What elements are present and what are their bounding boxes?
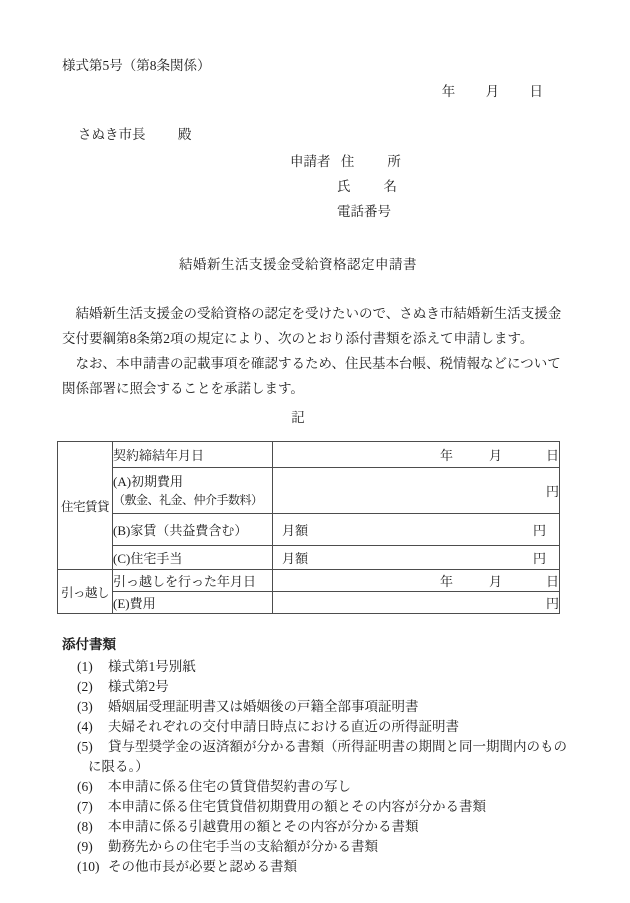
addressee-line: さぬき市長 殿 (78, 125, 630, 145)
initial-cost-label-line2: （敷金、礼金、仲介手数料） (113, 491, 272, 510)
moving-date-label: 引っ越しを行った年月日 (113, 570, 273, 592)
body-paragraph-1-line-2: 交付要綱第8条第2項の規定により、次のとおり添付書類を添えて申請します。 (62, 326, 630, 351)
initial-cost-label: (A)初期費用 （敷金、礼金、仲介手数料） (113, 468, 273, 514)
attachment-number: (5) (77, 737, 108, 757)
form-number: 様式第5号（第8条関係） (62, 56, 630, 76)
attachment-item: (5)貸与型奨学金の返済額が分かる書類（所得証明書の期間と同一期間内のもの に限… (62, 737, 630, 777)
expense-table: 住宅賃貸 契約締結年月日 年月日 (A)初期費用 （敷金、礼金、仲介手数料） 円… (57, 441, 560, 614)
table-row: (B)家賃（共益費含む） 月額 円 (58, 514, 560, 546)
attachment-item: (1)様式第1号別紙 (62, 657, 630, 677)
yen-unit: 円 (533, 520, 546, 539)
attachment-number: (3) (77, 697, 108, 717)
attachment-item: (8)本申請に係る引越費用の額とその内容が分かる書類 (62, 817, 630, 837)
table-row: 引っ越し 引っ越しを行った年月日 年月日 (58, 570, 560, 592)
month-unit: 月 (489, 574, 502, 589)
attachment-number: (7) (77, 797, 108, 817)
monthly-label: 月額 (282, 520, 308, 539)
attachment-text: 本申請に係る引越費用の額とその内容が分かる書類 (108, 819, 419, 834)
attachment-number: (4) (77, 717, 108, 737)
month-unit: 月 (489, 448, 502, 463)
attachment-number: (8) (77, 817, 108, 837)
phone-field-label: 電話番号 (337, 204, 391, 219)
attachment-text: 様式第2号 (108, 679, 169, 694)
body-paragraph-2-line-1: なお、本申請書の記載事項を確認するため、住民基本台帳、税情報などについて (62, 351, 630, 376)
table-row: (E)費用 円 (58, 592, 560, 614)
attachment-text: 貸与型奨学金の返済額が分かる書類（所得証明書の期間と同一期間内のもの (108, 739, 567, 754)
applicant-block: 申請者 住所 氏名 電話番号 (290, 149, 630, 224)
attachment-number: (10) (77, 857, 108, 877)
moving-cost-label: (E)費用 (113, 592, 273, 614)
attachment-text: 勤務先からの住宅手当の支給額が分かる書類 (108, 839, 378, 854)
initial-cost-input-cell[interactable]: 円 (273, 468, 560, 514)
attachment-number: (9) (77, 837, 108, 857)
address-char-left: 住 (341, 154, 355, 169)
housing-allowance-label: (C)住宅手当 (113, 546, 273, 570)
day-unit: 日 (546, 448, 559, 463)
application-form-page: 様式第5号（第8条関係） 年 月 日 さぬき市長 殿 申請者 住所 氏名 電話番… (0, 0, 630, 903)
attachment-item: (4)夫婦それぞれの交付申請日時点における直近の所得証明書 (62, 717, 630, 737)
attachment-number: (6) (77, 777, 108, 797)
table-row: 住宅賃貸 契約締結年月日 年月日 (58, 442, 560, 468)
housing-allowance-input-cell[interactable]: 月額 円 (273, 546, 560, 570)
applicant-label: 申請者 (290, 154, 331, 169)
applicant-name-row: 氏名 (337, 174, 630, 199)
document-title: 結婚新生活支援金受給資格認定申請書 (0, 255, 630, 275)
year-unit: 年 (440, 448, 453, 463)
day-unit: 日 (546, 574, 559, 589)
rent-label: (B)家賃（共益費含む） (113, 514, 273, 546)
contract-date-label: 契約締結年月日 (113, 442, 273, 468)
attachment-text: 婚姻届受理証明書又は婚姻後の戸籍全部事項証明書 (108, 699, 419, 714)
attachment-number: (2) (77, 677, 108, 697)
month-label: 月 (486, 84, 500, 99)
address-field-label: 住所 (341, 154, 401, 169)
day-label: 日 (530, 84, 544, 99)
applicant-phone-row: 電話番号 (337, 199, 630, 224)
moving-cost-input-cell[interactable]: 円 (273, 592, 560, 614)
body-paragraph-1-line-1: 結婚新生活支援金の受給資格の認定を受けたいので、さぬき市結婚新生活支援金 (62, 301, 630, 326)
name-char-left: 氏 (337, 179, 351, 194)
attachment-text: 夫婦それぞれの交付申請日時点における直近の所得証明書 (108, 719, 459, 734)
attachment-number: (1) (77, 657, 108, 677)
honorific-label: 殿 (178, 127, 192, 142)
yen-unit: 円 (533, 548, 546, 567)
attachment-item: (7)本申請に係る住宅賃貸借初期費用の額とその内容が分かる書類 (62, 797, 630, 817)
moving-date-input-cell[interactable]: 年月日 (273, 570, 560, 592)
table-row: (C)住宅手当 月額 円 (58, 546, 560, 570)
attachment-text: 本申請に係る住宅の賃貸借契約書の写し (108, 779, 351, 794)
group-cell-housing-rental: 住宅賃貸 (58, 442, 113, 570)
attachment-item: (3)婚姻届受理証明書又は婚姻後の戸籍全部事項証明書 (62, 697, 630, 717)
attachment-text: 本申請に係る住宅賃貸借初期費用の額とその内容が分かる書類 (108, 799, 486, 814)
yen-unit: 円 (546, 596, 559, 611)
yen-unit: 円 (546, 484, 559, 499)
year-label: 年 (442, 84, 456, 99)
contract-date-input-cell[interactable]: 年月日 (273, 442, 560, 468)
group-cell-moving: 引っ越し (58, 570, 113, 614)
body-paragraph-2-line-2: 関係部署に照会することを承諾します。 (62, 376, 630, 401)
attachment-text-line2: に限る。） (88, 757, 630, 777)
attachments-heading: 添付書類 (62, 635, 630, 655)
attachment-item: (9)勤務先からの住宅手当の支給額が分かる書類 (62, 837, 630, 857)
date-line: 年 月 日 (0, 82, 630, 102)
rent-input-cell[interactable]: 月額 円 (273, 514, 560, 546)
attachment-item: (2)様式第2号 (62, 677, 630, 697)
attachment-text-line1: (5)貸与型奨学金の返済額が分かる書類（所得証明書の期間と同一期間内のもの (77, 737, 630, 757)
applicant-address-row: 申請者 住所 (290, 149, 630, 174)
attachment-item: (6)本申請に係る住宅の賃貸借契約書の写し (62, 777, 630, 797)
table-row: (A)初期費用 （敷金、礼金、仲介手数料） 円 (58, 468, 560, 514)
address-char-right: 所 (387, 154, 401, 169)
year-unit: 年 (440, 574, 453, 589)
monthly-label: 月額 (282, 548, 308, 567)
attachment-text: 様式第1号別紙 (108, 659, 196, 674)
mayor-label: さぬき市長 (78, 127, 146, 142)
attachment-text: その他市長が必要と認める書類 (108, 859, 297, 874)
ki-separator: 記 (0, 408, 630, 428)
initial-cost-label-line1: (A)初期費用 (113, 472, 272, 491)
attachment-item: (10)その他市長が必要と認める書類 (62, 857, 630, 877)
attachments-list: (1)様式第1号別紙 (2)様式第2号 (3)婚姻届受理証明書又は婚姻後の戸籍全… (62, 657, 630, 877)
name-char-right: 名 (384, 179, 398, 194)
